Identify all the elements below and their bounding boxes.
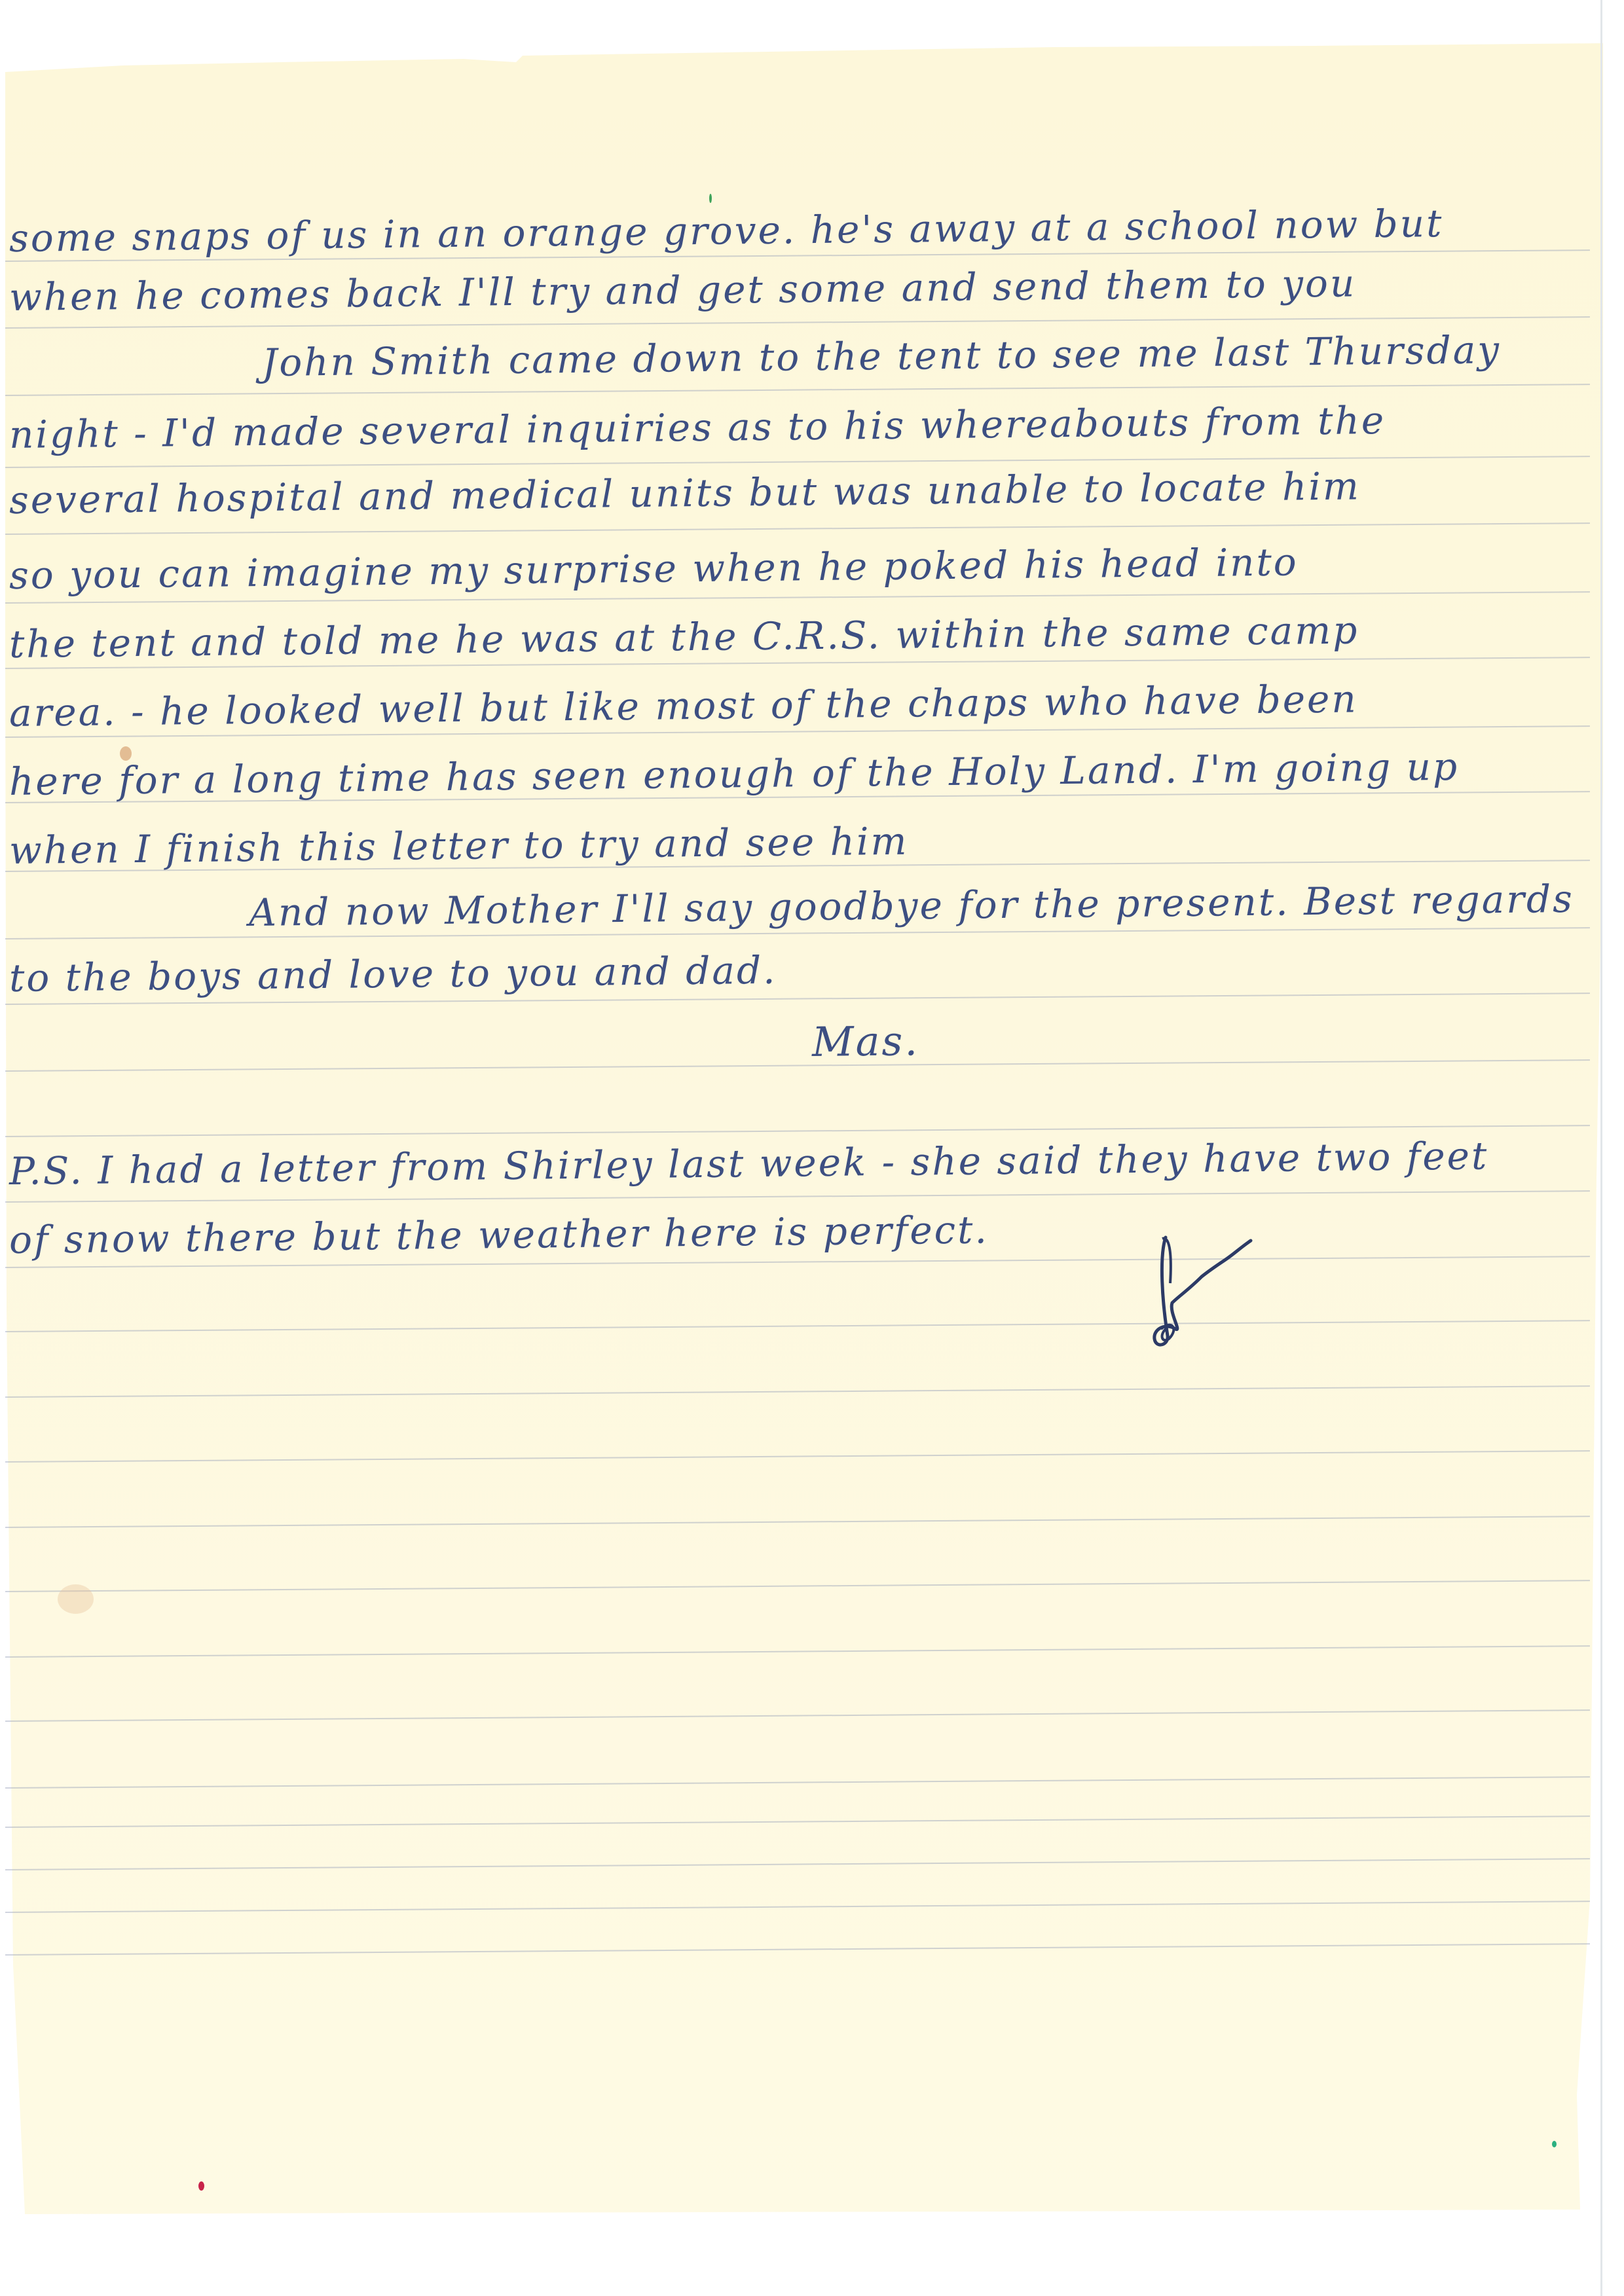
letter-line: to the boys and love to you and dad.	[9, 948, 777, 1000]
letter-signature: Mas.	[812, 1017, 920, 1066]
letter-line: when I finish this letter to try and see…	[9, 819, 909, 873]
green-ink-mark	[1552, 2141, 1557, 2147]
paper-stain	[120, 746, 132, 761]
red-ink-mark	[198, 2181, 204, 2191]
scan-edge-line	[1600, 0, 1602, 2296]
green-ink-mark	[709, 194, 712, 203]
censor-initials-icon	[1143, 1231, 1287, 1355]
paper-stain	[58, 1584, 94, 1614]
